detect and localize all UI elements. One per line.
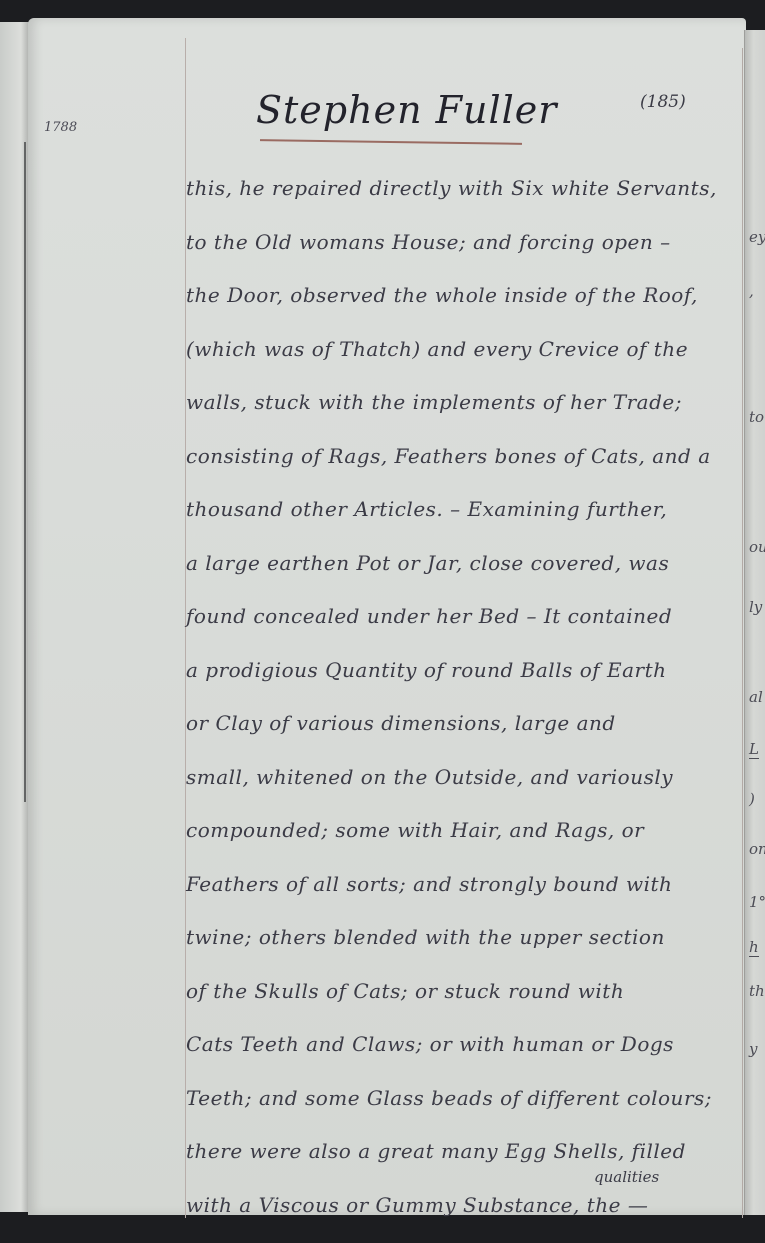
text-line: a large earthen Pot or Jar, close covere… [186, 541, 746, 595]
page-number: (185) [640, 92, 686, 112]
text-line: twine; others blended with the upper sec… [186, 915, 746, 969]
adjacent-text-fragment: 1° [749, 893, 765, 911]
margin-year: 1788 [44, 120, 77, 135]
text-line: compounded; some with Hair, and Rags, or [186, 808, 746, 862]
text-line: the Door, observed the whole inside of t… [186, 273, 746, 327]
adjacent-text-fragment: , [749, 282, 754, 300]
text-line: (which was of Thatch) and every Crevice … [186, 327, 746, 381]
adjacent-text-fragment: h [749, 938, 759, 957]
text-line: small, whitened on the Outside, and vari… [186, 755, 746, 809]
text-line: to the Old womans House; and forcing ope… [186, 220, 746, 274]
text-line: walls, stuck with the implements of her … [186, 380, 746, 434]
adjacent-text-fragment: ) [749, 790, 755, 808]
next-page-edge: ey , to ou ly al L ) on 1° h th y [744, 30, 765, 1215]
adjacent-text-fragment: th [749, 982, 765, 1000]
text-line: with a Viscous or Gummy Substance, the — [186, 1183, 746, 1237]
text-line: this, he repaired directly with Six whit… [186, 166, 746, 220]
text-line: there were also a great many Egg Shells,… [186, 1129, 746, 1183]
text-line: found concealed under her Bed – It conta… [186, 594, 746, 648]
adjacent-text-fragment: L [749, 740, 759, 759]
previous-page-edge [0, 22, 30, 1212]
title-underline [260, 139, 522, 145]
adjacent-text-fragment: ou [749, 538, 765, 556]
text-line: a prodigious Quantity of round Balls of … [186, 648, 746, 702]
text-line: thousand other Articles. – Examining fur… [186, 487, 746, 541]
adjacent-text-fragment: y [749, 1040, 757, 1058]
adjacent-text-fragment: on [749, 840, 765, 858]
manuscript-body: this, he repaired directly with Six whit… [186, 166, 746, 1236]
page-title: Stephen Fuller [256, 88, 557, 132]
adjacent-text-fragment: al [749, 688, 763, 706]
adjacent-text-fragment: ey [749, 228, 765, 246]
text-line: consisting of Rags, Feathers bones of Ca… [186, 434, 746, 488]
text-line: or Clay of various dimensions, large and [186, 701, 746, 755]
adjacent-text-fragment: to [749, 408, 764, 426]
text-line: of the Skulls of Cats; or stuck round wi… [186, 969, 746, 1023]
manuscript-page: 1788 Stephen Fuller (185) this, he repai… [28, 18, 746, 1215]
text-line: Teeth; and some Glass beads of different… [186, 1076, 746, 1130]
catchword: qualities [594, 1168, 659, 1186]
text-line: Cats Teeth and Claws; or with human or D… [186, 1022, 746, 1076]
text-line: Feathers of all sorts; and strongly boun… [186, 862, 746, 916]
adjacent-text-fragment: ly [749, 598, 762, 616]
page-gutter-shadow [24, 142, 26, 802]
